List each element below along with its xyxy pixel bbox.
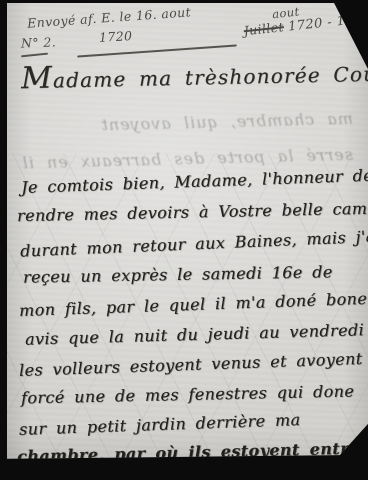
body-line: reçeu un exprès le samedi 16e de: [23, 262, 333, 286]
sent-annotation-line1: Envoyé af. E. le 16. aout: [27, 4, 192, 30]
page-number-annotation: N° 2.: [21, 34, 57, 50]
ink-stroke-under-year: [77, 44, 237, 57]
body-line: mon fils, par le quel il m'a doné bone: [19, 289, 368, 320]
bleedthrough-line: ma chambre, quil avoyent: [33, 109, 353, 136]
body-line: rendre mes devoirs à Vostre belle campag…: [17, 198, 368, 225]
scan-background: Envoyé af. E. le 16. aout 1720 N° 2. aou…: [0, 0, 368, 480]
body-line: sur un petit jardin derrière ma: [19, 410, 301, 439]
corner-month-crossed-out: Juillet: [243, 19, 285, 38]
body-line: les volleurs estoyent venus et avoyent: [19, 349, 363, 380]
body-line: forcé une de mes fenestres qui done: [21, 382, 355, 408]
sent-annotation-year: 1720: [99, 28, 133, 45]
body-line: durant mon retour aux Baines, mais j'ay: [20, 226, 368, 260]
body-line: avis que la nuit du jeudi au vendredi: [25, 320, 365, 348]
body-line: chambre, par où ils estoyent entrés dans: [17, 437, 368, 466]
corner-year: 1720 - 1: [288, 14, 346, 35]
salutation-line: Madame ma trèshonorée Cousine: [21, 53, 368, 96]
ink-stroke-under-number: [21, 53, 48, 57]
letter-page: Envoyé af. E. le 16. aout 1720 N° 2. aou…: [7, 3, 368, 462]
corner-date-annotation: aout Juillet 1720 - 1: [242, 2, 346, 40]
